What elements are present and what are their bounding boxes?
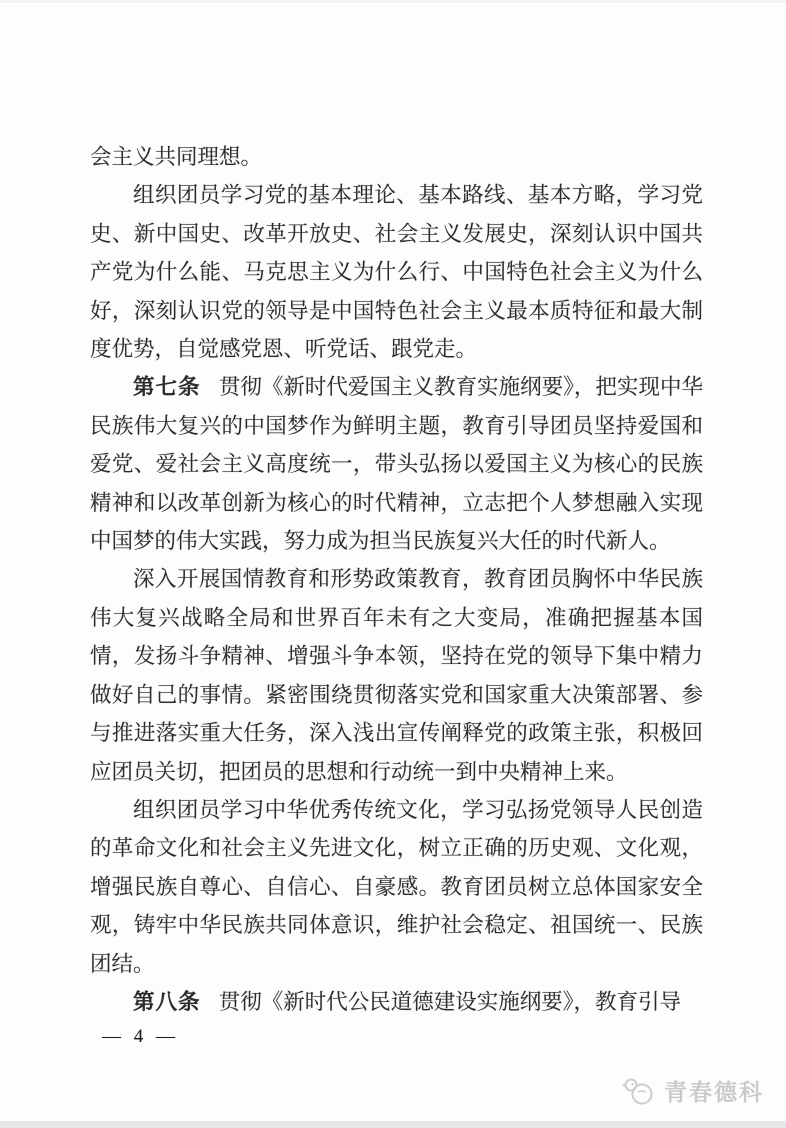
paragraph: 会主义共同理想。	[90, 138, 703, 176]
scan-bottom-edge	[0, 1121, 786, 1128]
document-body: 会主义共同理想。组织团员学习党的基本理论、基本路线、基本方略，学习党史、新中国史…	[90, 138, 703, 1021]
scan-top-edge	[0, 0, 786, 3]
paragraph: 组织团员学习中华优秀传统文化，学习弘扬党领导人民创造的革命文化和社会主义先进文化…	[90, 791, 703, 983]
watermark: 青春德科	[621, 1074, 764, 1107]
article-number: 第七条	[133, 375, 201, 399]
paragraph: 深入开展国情教育和形势政策教育，教育团员胸怀中华民族伟大复兴战略全局和世界百年未…	[90, 560, 703, 790]
bird-logo-icon	[621, 1076, 657, 1106]
watermark-text: 青春德科	[664, 1074, 764, 1107]
article-number: 第八条	[133, 990, 201, 1014]
paragraph: 第八条贯彻《新时代公民道德建设实施纲要》，教育引导	[90, 983, 703, 1021]
page-number: — 4 —	[102, 1026, 179, 1048]
paragraph: 第七条贯彻《新时代爱国主义教育实施纲要》，把实现中华民族伟大复兴的中国梦作为鲜明…	[90, 368, 703, 560]
document-page: 会主义共同理想。组织团员学习党的基本理论、基本路线、基本方略，学习党史、新中国史…	[0, 0, 786, 1128]
paragraph: 组织团员学习党的基本理论、基本路线、基本方略，学习党史、新中国史、改革开放史、社…	[90, 176, 703, 368]
